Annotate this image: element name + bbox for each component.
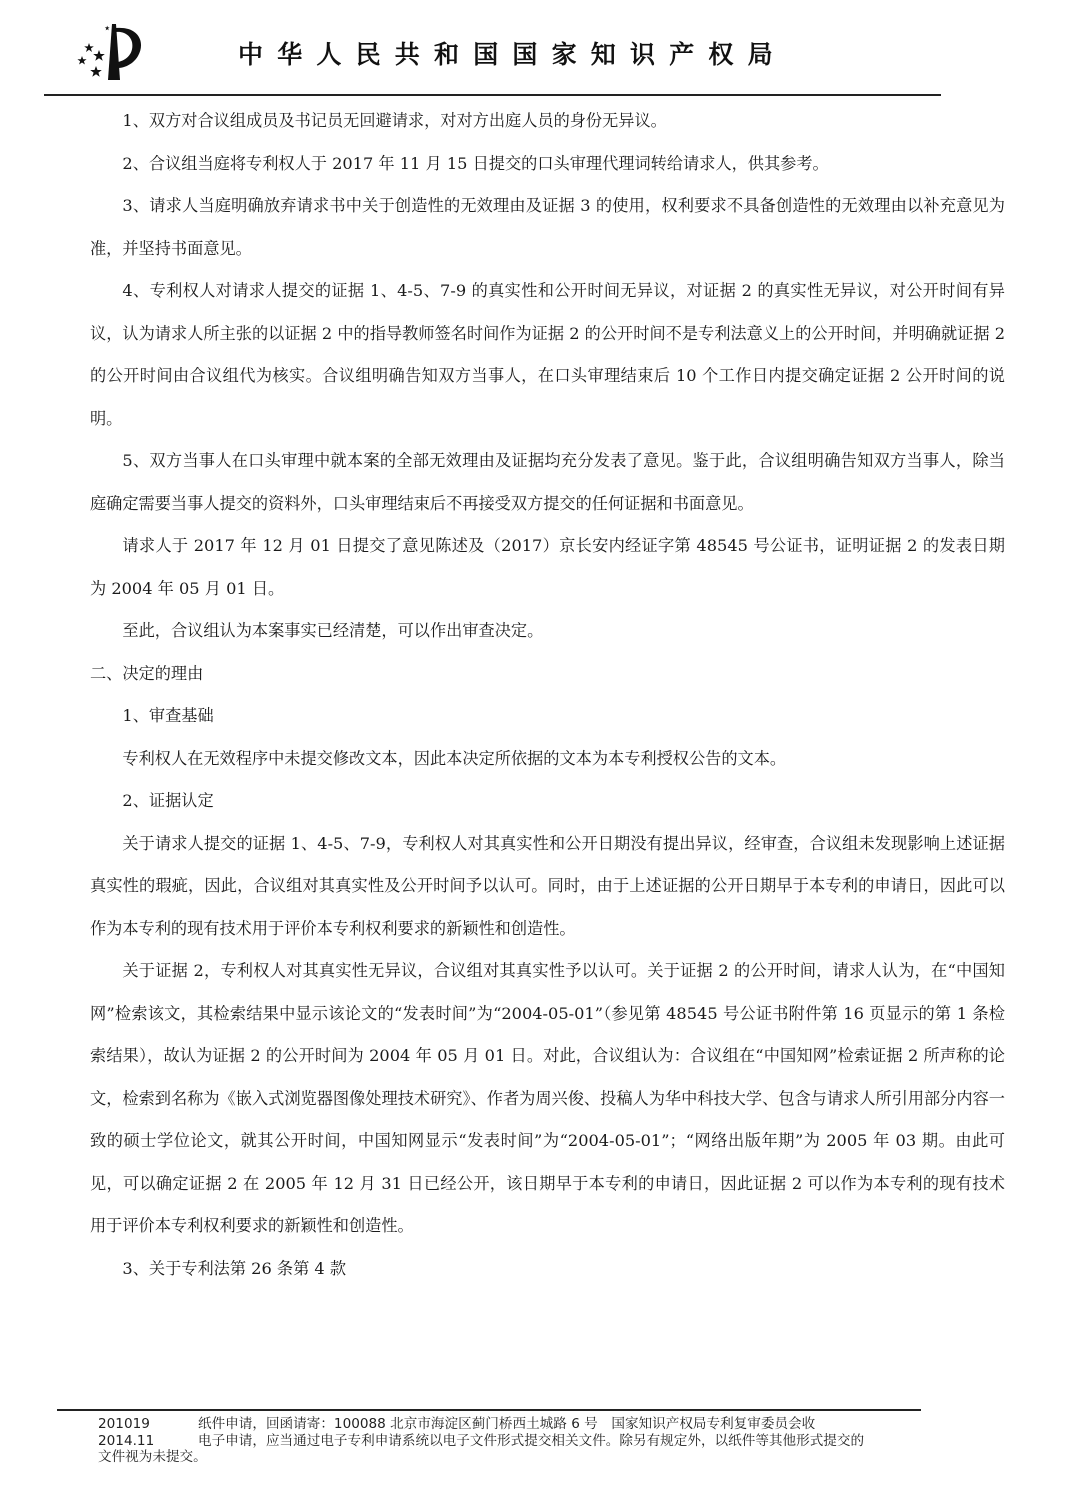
footer-divider	[57, 1409, 921, 1411]
paragraph-evidence-2: 关于证据 2，专利权人对其真实性无异议，合议组对其真实性予以认可。关于证据 2 …	[90, 950, 1005, 1248]
paragraph-examination-basis: 专利权人在无效程序中未提交修改文本，因此本决定所依据的文本为本专利授权公告的文本…	[90, 738, 1005, 781]
document-body: 1、双方对合议组成员及书记员无回避请求，对对方出庭人员的身份无异议。 2、合议组…	[90, 100, 1005, 1290]
paragraph-requester-submission: 请求人于 2017 年 12 月 01 日提交了意见陈述及（2017）京长安内经…	[90, 525, 1005, 610]
paragraph-hearing-item-2: 2、合议组当庭将专利权人于 2017 年 11 月 15 日提交的口头审理代理词…	[90, 143, 1005, 186]
section-heading-reasons: 二、决定的理由	[90, 653, 1005, 696]
electronic-filing-note-continuation: 文件视为未提交。	[98, 1449, 1018, 1466]
page-footer: 201019 纸件申请，回函请寄：100088 北京市海淀区蓟门桥西土城路 6 …	[98, 1416, 1018, 1466]
paragraph-hearing-item-3: 3、请求人当庭明确放弃请求书中关于创造性的无效理由及证据 3 的使用，权利要求不…	[90, 185, 1005, 270]
header-divider	[44, 94, 941, 96]
paragraph-hearing-item-4: 4、专利权人对请求人提交的证据 1、4-5、7-9 的真实性和公开时间无异议，对…	[90, 270, 1005, 440]
cnipa-logo-icon	[76, 22, 160, 84]
paper-filing-note: 纸件申请，回函请寄：100088 北京市海淀区蓟门桥西土城路 6 号 国家知识产…	[198, 1416, 1018, 1433]
paragraph-hearing-item-1: 1、双方对合议组成员及书记员无回避请求，对对方出庭人员的身份无异议。	[90, 100, 1005, 143]
electronic-filing-note: 电子申请，应当通过电子专利申请系统以电子文件形式提交相关文件。除另有规定外，以纸…	[198, 1433, 1018, 1450]
paragraph-evidence-1-4-5-7-9: 关于请求人提交的证据 1、4-5、7-9，专利权人对其真实性和公开日期没有提出异…	[90, 823, 1005, 951]
paragraph-hearing-item-5: 5、双方当事人在口头审理中就本案的全部无效理由及证据均充分发表了意见。鉴于此，合…	[90, 440, 1005, 525]
paragraph-facts-clear: 至此，合议组认为本案事实已经清楚，可以作出审查决定。	[90, 610, 1005, 653]
form-code: 201019	[98, 1416, 198, 1433]
subsection-heading-article-26: 3、关于专利法第 26 条第 4 款	[90, 1248, 1005, 1291]
footer-row-electronic: 2014.11 电子申请，应当通过电子专利申请系统以电子文件形式提交相关文件。除…	[98, 1433, 1018, 1450]
page-header: 中华人民共和国国家知识产权局	[0, 0, 1080, 100]
form-version: 2014.11	[98, 1433, 198, 1450]
org-title: 中华人民共和国国家知识产权局	[238, 42, 787, 67]
subsection-heading-examination-basis: 1、审查基础	[90, 695, 1005, 738]
subsection-heading-evidence: 2、证据认定	[90, 780, 1005, 823]
footer-row-paper: 201019 纸件申请，回函请寄：100088 北京市海淀区蓟门桥西土城路 6 …	[98, 1416, 1018, 1433]
